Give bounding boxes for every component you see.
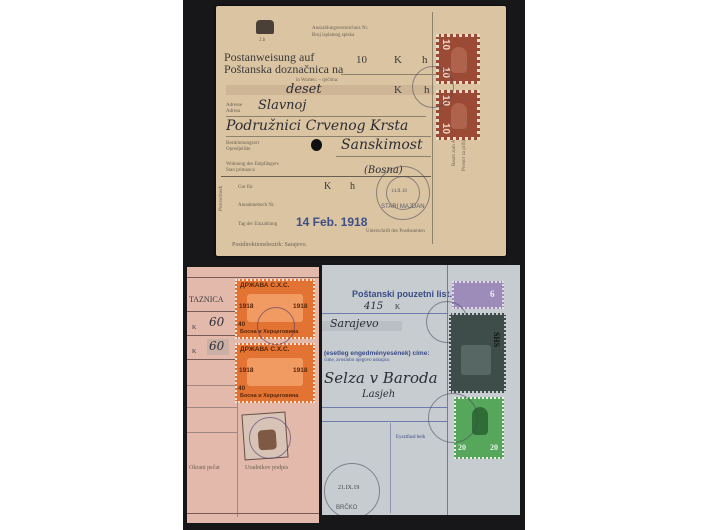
residence-label-bs: Stan primaoca: [226, 168, 255, 173]
postal-money-order-document: 2.b Auszahlungsverzeichnis Nr. Broj ispl…: [216, 6, 506, 256]
coat-of-arms-icon: [256, 20, 274, 34]
form-title: Poštanski pouzetni list.: [352, 289, 452, 299]
amount: 415: [364, 301, 383, 312]
gut-fur-label: Gut für: [238, 185, 253, 190]
label-right: Uradnikov podpis: [245, 465, 288, 471]
postmark-date: 21.IX.19: [338, 485, 359, 491]
header-right-line1: Auszahlungsverzeichnis Nr.: [312, 26, 368, 31]
residence-label-de: Wohnung des Empfängers: [226, 162, 279, 167]
title-line2: Poštanska doznačnica na: [224, 62, 343, 77]
currency-k: K: [394, 54, 402, 66]
amount-numeric: 10: [356, 54, 367, 66]
currency-h: h: [422, 54, 428, 66]
amount-row1: 60: [209, 315, 224, 329]
hungarian-sublabel: cime, avoslobo njegovo uskupcu: [324, 358, 390, 363]
amount-row2: 60: [209, 339, 224, 353]
destination-label-de: Bestimmungsort: [226, 141, 259, 146]
sender-line: Sarajevo: [330, 317, 379, 330]
address-label-de: Adresse: [226, 103, 242, 108]
stamp-shs-40-bottom: ДРЖАВА С.Х.С. 1918 1918 40 Босна и Херце…: [235, 343, 315, 403]
punch-hole: [311, 139, 322, 151]
signature-label: Unterschrift des Postbeamten: [366, 229, 425, 234]
cod-postal-form-document: Poštanski pouzetni list. 415 K Sarajevo …: [322, 265, 520, 515]
postvermerk-label: Postvermerk: [219, 186, 224, 211]
date-stamp: 14 Feb. 1918: [296, 215, 367, 229]
label-left: Okrani pečat: [189, 465, 220, 471]
eingang-label: Tag der Einzahlung: [238, 222, 277, 227]
amount-words: deset: [286, 82, 322, 97]
postmark-brcko-stamp: [428, 393, 478, 443]
hungarian-label: (esetleg engedményesének) címe:: [324, 350, 430, 357]
bottom-label: Eysztfasd beik: [396, 435, 425, 440]
destination: Sanskimost: [341, 137, 423, 153]
addressee: Slavnoj: [258, 98, 306, 113]
recipient-line2: Lasjeh: [362, 389, 395, 400]
addressee-line2: Podružnici Crvenog Krsta: [226, 118, 408, 134]
crest-caption: 2.b: [259, 38, 265, 43]
annahme-label: Annahmebuch Nr.: [238, 203, 275, 208]
postmark-town: STARI MAJDAN: [381, 204, 425, 210]
title-fragment: TAZNICA: [189, 295, 223, 304]
address-label-bs: Adresa: [226, 109, 240, 114]
recipient: Selza v Baroda: [324, 369, 438, 387]
postmark-date: 14.II.18: [391, 189, 407, 194]
direction-label: Postdirektionsbezirk: Sarajevo.: [232, 242, 307, 248]
postmark-town: BRČKO: [336, 505, 357, 511]
header-right-line2: Broj isplatnog spiska: [312, 33, 354, 38]
money-order-fragment-document: TAZNICA K 60 K 60 Okrani pečat Uradnikov…: [187, 267, 319, 523]
destination-label-bs: Opredjelište: [226, 147, 250, 152]
